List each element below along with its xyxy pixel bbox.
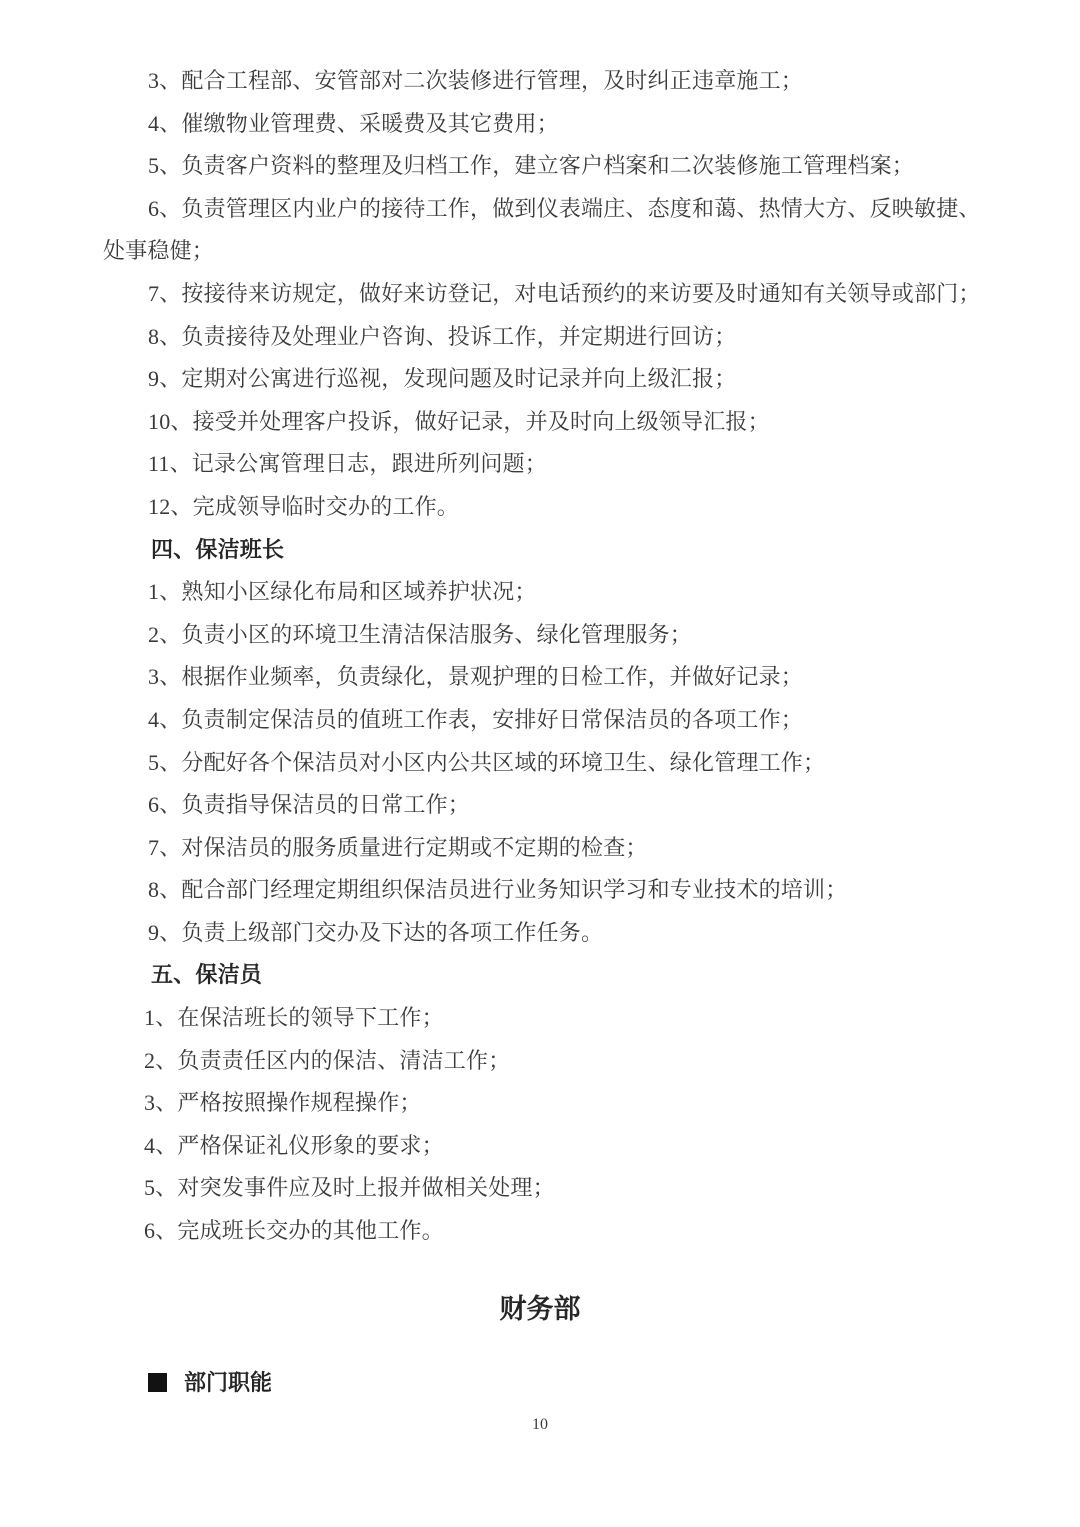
list-item: 4、严格保证礼仪形象的要求； bbox=[103, 1125, 990, 1168]
list-item: 1、在保洁班长的领导下工作； bbox=[103, 997, 990, 1040]
department-title: 财务部 bbox=[0, 1291, 1080, 1327]
heading-section-4: 四、保洁班长 bbox=[103, 529, 990, 572]
list-item: 2、负责责任区内的保洁、清洁工作； bbox=[103, 1040, 990, 1083]
section-functions-label: 部门职能 bbox=[184, 1371, 272, 1395]
list-item: 6、负责管理区内业户的接待工作，做到仪表端庄、态度和蔼、热情大方、反映敏捷、 bbox=[103, 188, 990, 231]
list-item: 1、熟知小区绿化布局和区域养护状况； bbox=[103, 571, 990, 614]
black-square-bullet-icon bbox=[148, 1373, 167, 1392]
list-item: 7、对保洁员的服务质量进行定期或不定期的检查； bbox=[103, 827, 990, 870]
document-body: 3、配合工程部、安管部对二次装修进行管理，及时纠正违章施工； 4、催缴物业管理费… bbox=[0, 0, 1080, 1253]
list-item: 9、定期对公寓进行巡视，发现问题及时记录并向上级汇报； bbox=[103, 358, 990, 401]
list-item: 7、按接待来访规定，做好来访登记，对电话预约的来访要及时通知有关领导或部门； bbox=[103, 273, 990, 316]
list-item: 3、配合工程部、安管部对二次装修进行管理，及时纠正违章施工； bbox=[103, 60, 990, 103]
list-item: 3、根据作业频率，负责绿化，景观护理的日检工作，并做好记录； bbox=[103, 656, 990, 699]
section-functions-row: 部门职能 bbox=[148, 1371, 1080, 1395]
list-item: 5、对突发事件应及时上报并做相关处理； bbox=[103, 1167, 990, 1210]
list-item: 6、完成班长交办的其他工作。 bbox=[103, 1210, 990, 1253]
list-item: 3、严格按照操作规程操作； bbox=[103, 1082, 990, 1125]
list-item: 8、配合部门经理定期组织保洁员进行业务知识学习和专业技术的培训； bbox=[103, 869, 990, 912]
list-item: 5、分配好各个保洁员对小区内公共区域的环境卫生、绿化管理工作； bbox=[103, 742, 990, 785]
list-item-continuation: 处事稳健； bbox=[103, 230, 990, 273]
list-item: 9、负责上级部门交办及下达的各项工作任务。 bbox=[103, 912, 990, 955]
list-item: 4、负责制定保洁员的值班工作表，安排好日常保洁员的各项工作； bbox=[103, 699, 990, 742]
list-item: 11、记录公寓管理日志，跟进所列问题； bbox=[103, 443, 990, 486]
heading-section-5: 五、保洁员 bbox=[103, 954, 990, 997]
list-item: 2、负责小区的环境卫生清洁保洁服务、绿化管理服务； bbox=[103, 614, 990, 657]
list-item: 4、催缴物业管理费、采暖费及其它费用； bbox=[103, 103, 990, 146]
list-item: 6、负责指导保洁员的日常工作； bbox=[103, 784, 990, 827]
list-item: 8、负责接待及处理业户咨询、投诉工作，并定期进行回访； bbox=[103, 316, 990, 359]
list-item: 12、完成领导临时交办的工作。 bbox=[103, 486, 990, 529]
page-number: 10 bbox=[0, 1416, 1080, 1434]
list-item: 10、接受并处理客户投诉，做好记录，并及时向上级领导汇报； bbox=[103, 401, 990, 444]
list-item: 5、负责客户资料的整理及归档工作，建立客户档案和二次装修施工管理档案； bbox=[103, 145, 990, 188]
